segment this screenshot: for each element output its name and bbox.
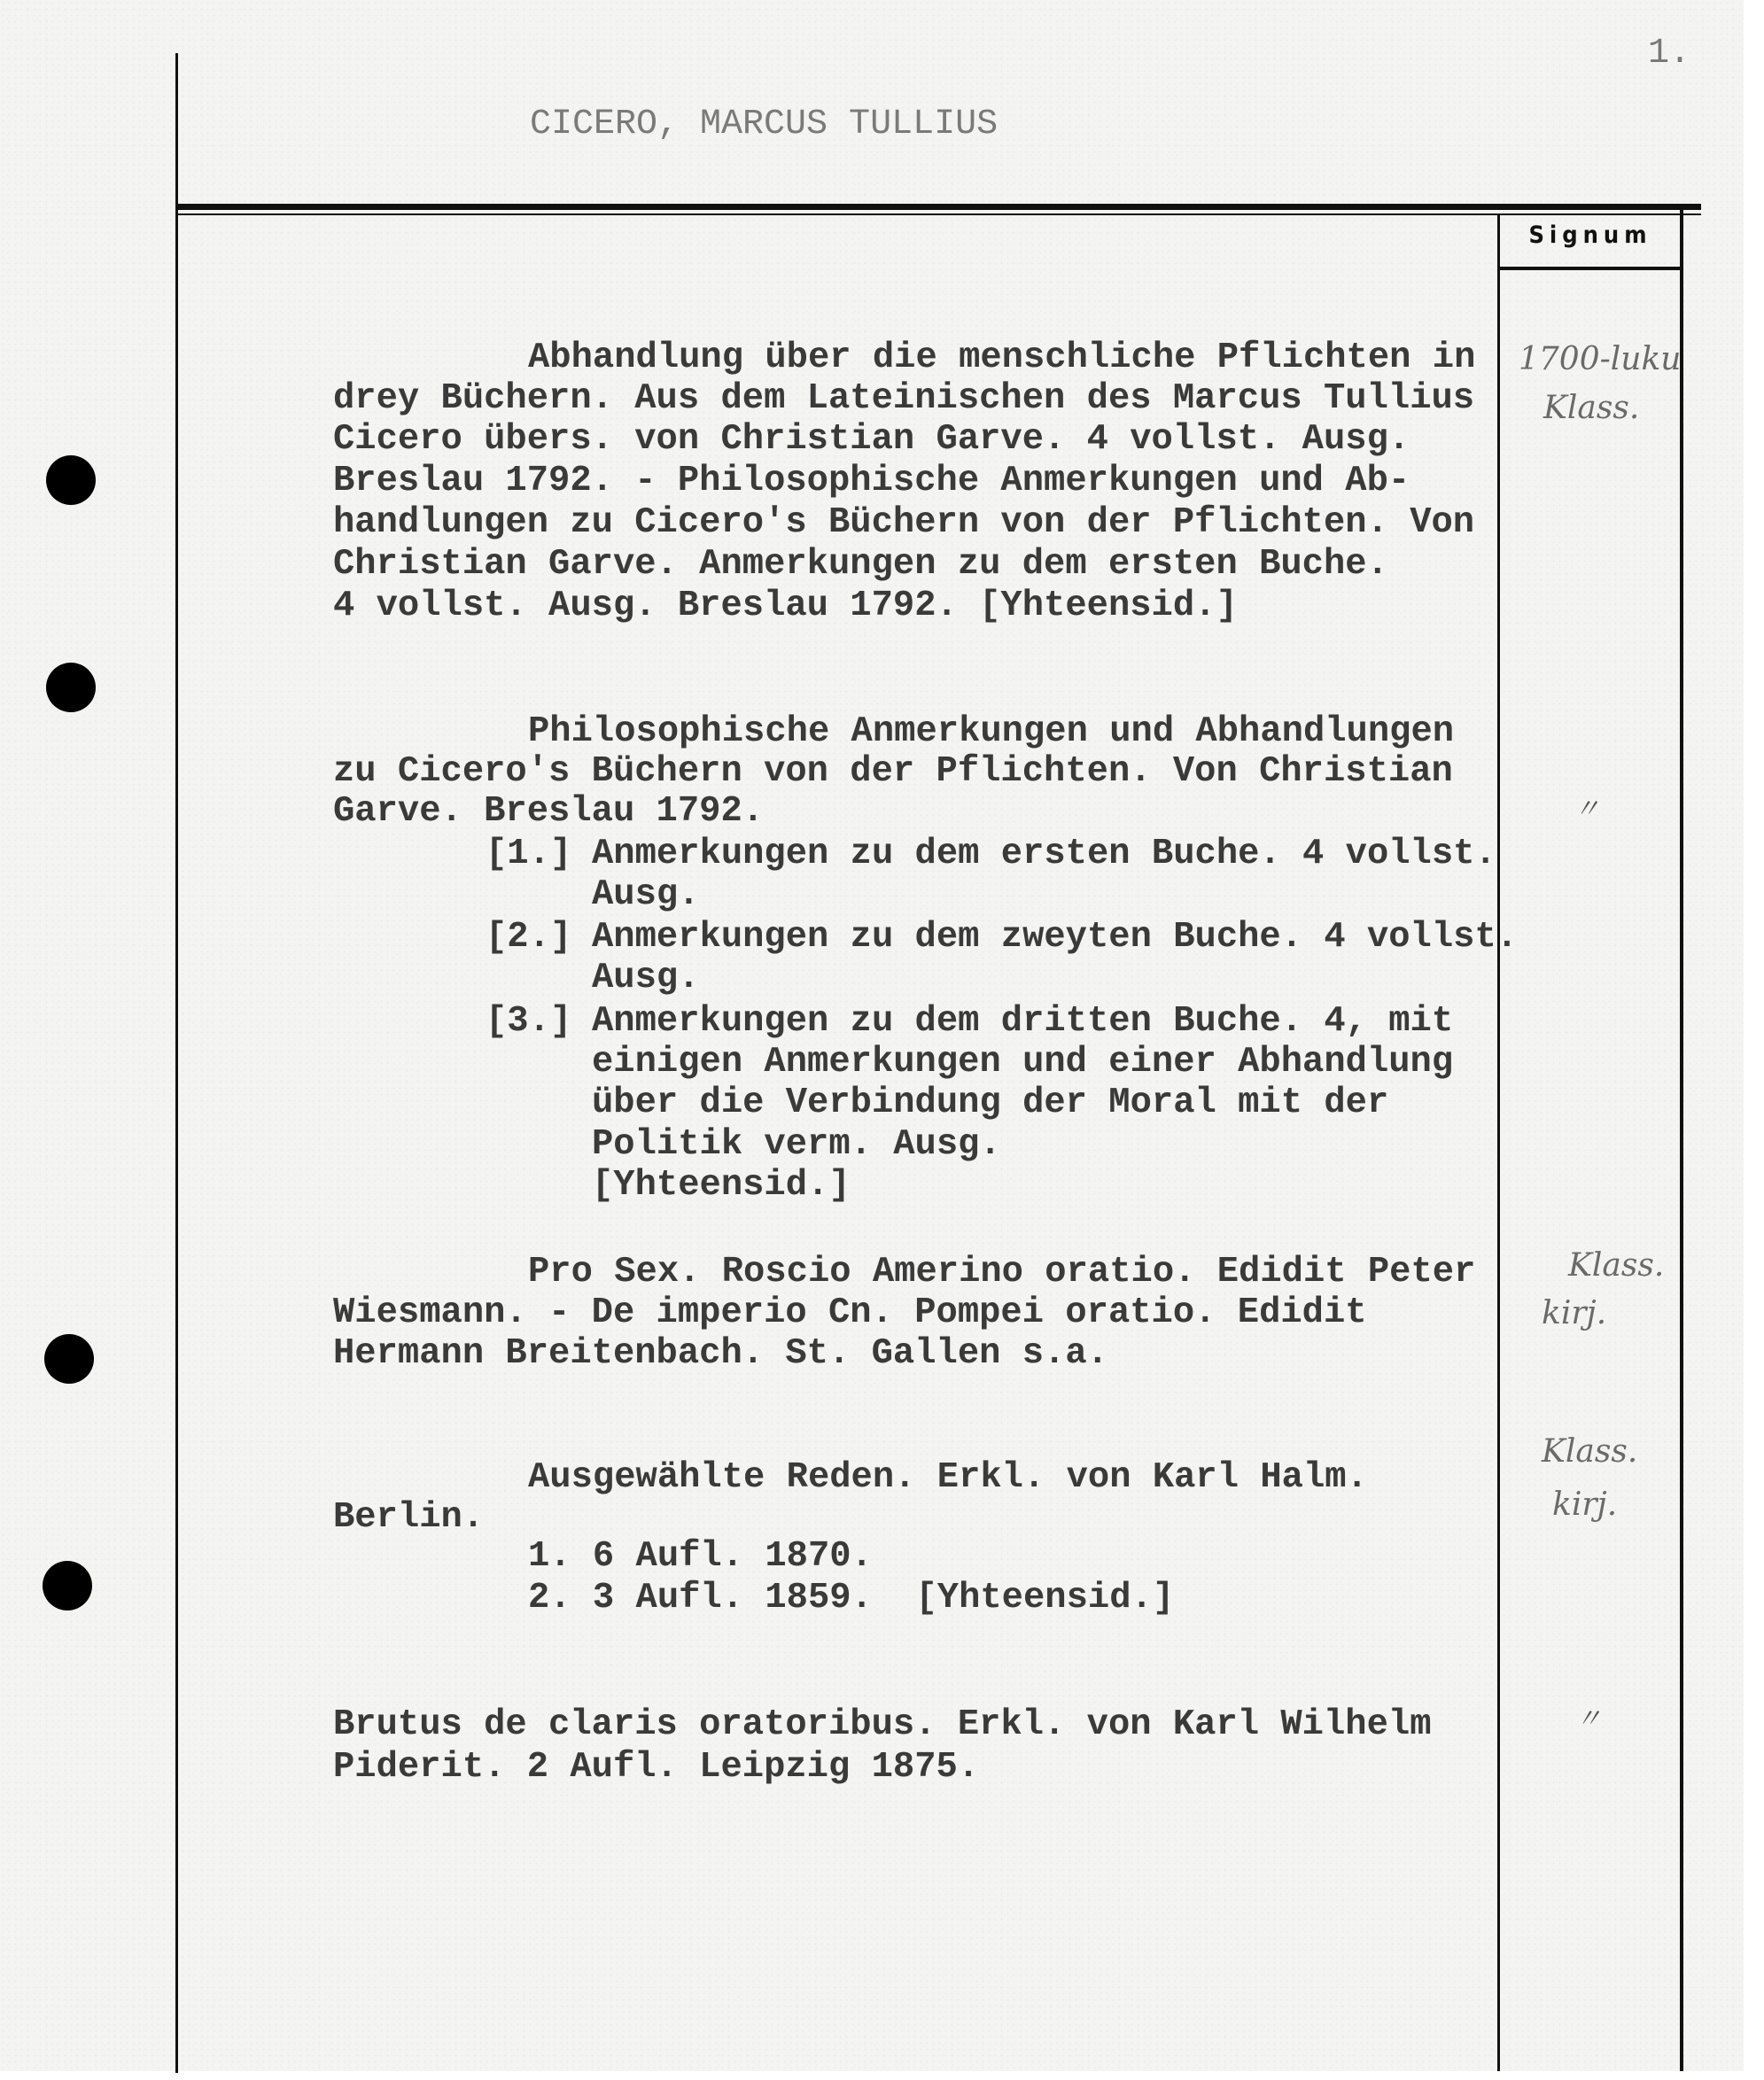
volume-number: [1.]: [486, 836, 571, 873]
entry-line: drey Büchern. Aus dem Lateinischen des M…: [333, 381, 1474, 417]
signum-handwriting: Klass.: [1543, 390, 1639, 426]
left-margin-rule: [175, 53, 178, 2073]
entry-line: Garve. Breslau 1792.: [333, 794, 764, 830]
header-rule-thick: [175, 204, 1701, 210]
punch-hole: [44, 1334, 94, 1384]
page-number: 1.: [1648, 34, 1690, 74]
volume-line: einigen Anmerkungen und einer Abhandlung: [592, 1044, 1453, 1081]
volume-line: über die Verbindung der Moral mit der: [592, 1085, 1388, 1121]
volume-line: 1. 6 Aufl. 1870.: [528, 1539, 873, 1575]
volume-line: Politik verm. Ausg.: [592, 1127, 1001, 1163]
catalog-card: 1. CICERO, MARCUS TULLIUS Signum Abhandl…: [0, 0, 1744, 2071]
signum-header-rule: [1497, 267, 1682, 270]
punch-hole: [46, 455, 96, 505]
signum-handwriting: kirj.: [1552, 1486, 1617, 1523]
signum-column-header: Signum: [1501, 221, 1680, 249]
signum-ditto-mark: 〃: [1574, 787, 1600, 826]
signum-column-left-rule: [1497, 215, 1500, 2071]
volume-number: [3.]: [486, 1004, 571, 1040]
signum-column-right-rule: [1680, 210, 1683, 2071]
entry-line: 4 vollst. Ausg. Breslau 1792. [Yhteensid…: [333, 588, 1238, 625]
entry-line: Piderit. 2 Aufl. Leipzig 1875.: [333, 1750, 979, 1786]
signum-handwriting: kirj.: [1542, 1295, 1606, 1331]
entry-line: Wiesmann. - De imperio Cn. Pompei oratio…: [333, 1295, 1367, 1331]
volume-line: 2. 3 Aufl. 1859. [Yhteensid.]: [528, 1580, 1174, 1617]
volume-line: Anmerkungen zu dem zweyten Buche. 4 voll…: [592, 920, 1518, 956]
volume-line: Anmerkungen zu dem ersten Buche. 4 volls…: [592, 836, 1496, 873]
entry-line: Hermann Breitenbach. St. Gallen s.a.: [333, 1336, 1108, 1372]
entry-line: Ausgewählte Reden. Erkl. von Karl Halm.: [528, 1460, 1368, 1496]
volume-line: Anmerkungen zu dem dritten Buche. 4, mit: [592, 1004, 1453, 1040]
signum-handwriting: 1700-luku: [1519, 341, 1681, 377]
volume-line: [Yhteensid.]: [592, 1168, 851, 1204]
entry-line: handlungen zu Cicero's Büchern von der P…: [333, 505, 1474, 541]
entry-line: Breslau 1792. - Philosophische Anmerkung…: [333, 463, 1410, 500]
volume-line: Ausg.: [592, 877, 700, 913]
entry-line: Cicero übers. von Christian Garve. 4 vol…: [333, 422, 1410, 458]
entry-line: Pro Sex. Roscio Amerino oratio. Edidit P…: [528, 1254, 1475, 1291]
entry-line: Christian Garve. Anmerkungen zu dem erst…: [333, 547, 1388, 583]
entry-line: zu Cicero's Büchern von der Pflichten. V…: [333, 754, 1453, 790]
signum-ditto-mark: 〃: [1575, 1696, 1602, 1735]
punch-hole: [46, 663, 96, 712]
author-heading: CICERO, MARCUS TULLIUS: [530, 105, 998, 144]
header-rule-thin: [175, 213, 1701, 215]
entry-line: Abhandlung über die menschliche Pflichte…: [528, 340, 1475, 376]
punch-hole: [43, 1561, 92, 1610]
signum-handwriting: Klass.: [1568, 1247, 1664, 1284]
entry-line: Berlin.: [333, 1500, 484, 1536]
entry-line: Philosophische Anmerkungen und Abhandlun…: [528, 714, 1454, 750]
volume-number: [2.]: [486, 920, 571, 956]
volume-line: Ausg.: [592, 960, 700, 997]
entry-line: Brutus de claris oratoribus. Erkl. von K…: [333, 1707, 1432, 1743]
signum-handwriting: Klass.: [1542, 1433, 1637, 1470]
